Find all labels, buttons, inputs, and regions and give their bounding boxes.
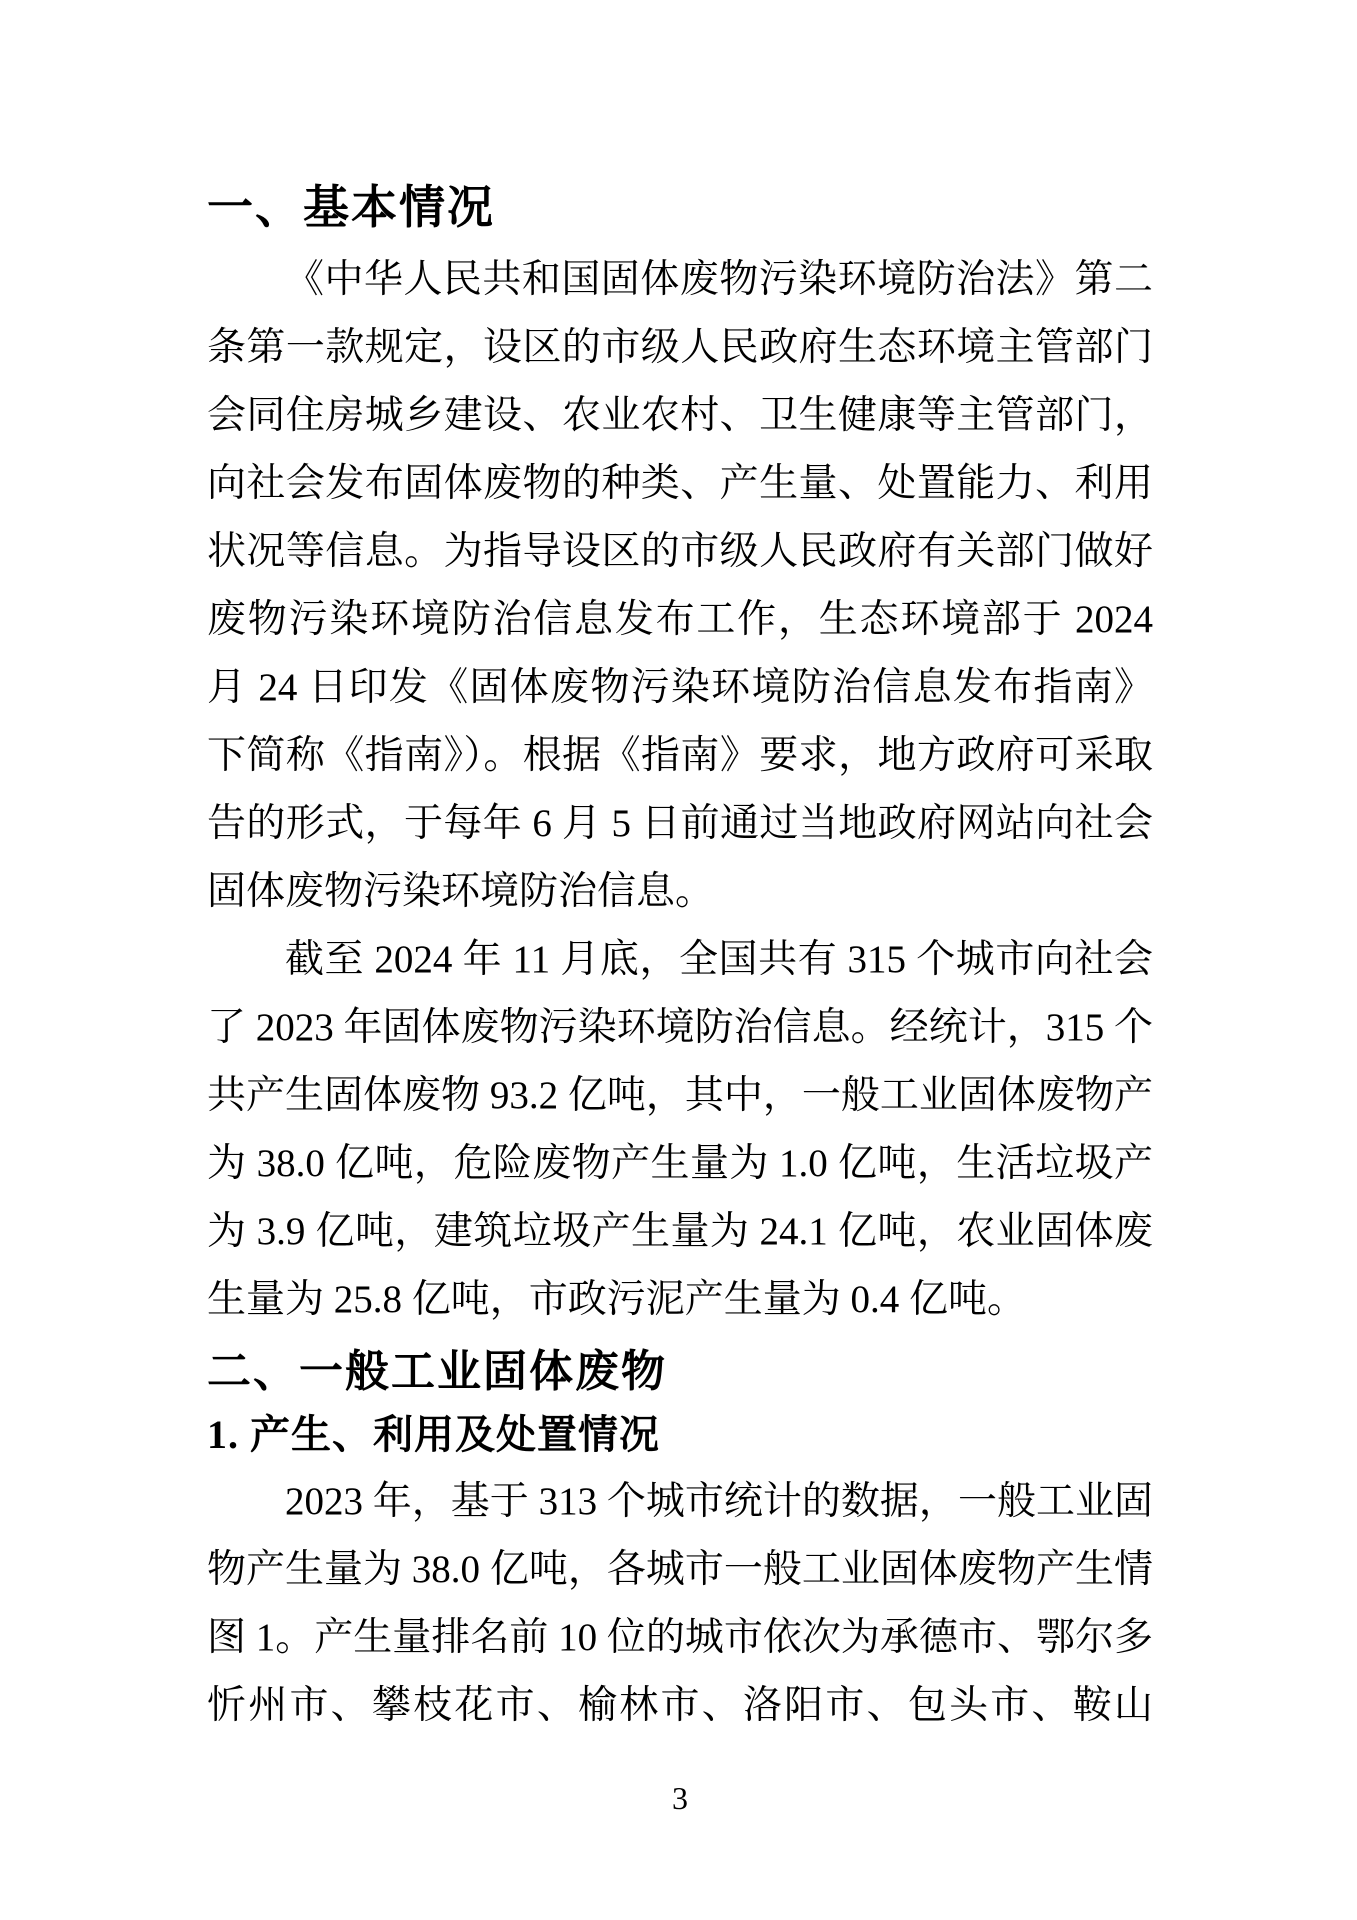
text-line: 物产生量为 38.0 亿吨，各城市一般工业固体废物产生情况见 (207, 1536, 1153, 1604)
paragraph-1: 《中华人民共和国固体废物污染环境防治法》第二十九 条第一款规定，设区的市级人民政… (207, 246, 1153, 926)
paragraph-3: 2023 年，基于 313 个城市统计的数据，一般工业固体废 物产生量为 38.… (207, 1468, 1153, 1740)
text-line: 告的形式，于每年 6 月 5 日前通过当地政府网站向社会发布 (207, 790, 1153, 858)
text-line: 条第一款规定，设区的市级人民政府生态环境主管部门应当 (207, 314, 1153, 382)
text-line: 图 1。产生量排名前 10 位的城市依次为承德市、鄂尔多斯市、 (207, 1604, 1153, 1672)
text-line: 下简称《指南》）。根据《指南》要求，地方政府可采取公 (207, 722, 1153, 790)
text-line: 共产生固体废物 93.2 亿吨，其中，一般工业固体废物产生量 (207, 1062, 1153, 1130)
section-1-heading: 一、基本情况 (207, 183, 1153, 231)
section-2-heading: 二、一般工业固体废物 (207, 1348, 1153, 1396)
text-line: 生量为 25.8 亿吨，市政污泥产生量为 0.4 亿吨。 (207, 1266, 1153, 1334)
text-line: 向社会发布固体废物的种类、产生量、处置能力、利用处置 (207, 450, 1153, 518)
text-line: 会同住房城乡建设、农业农村、卫生健康等主管部门，定期 (207, 382, 1153, 450)
page-number: 3 (207, 1780, 1153, 1816)
subsection-1-heading: 1. 产生、利用及处置情况 (207, 1412, 1153, 1458)
document-page: 一、基本情况 《中华人民共和国固体废物污染环境防治法》第二十九 条第一款规定，设… (0, 0, 1357, 1920)
text-line: 《中华人民共和国固体废物污染环境防治法》第二十九 (207, 246, 1153, 314)
text-line: 月 24 日印发《固体废物污染环境防治信息发布指南》（以 (207, 654, 1153, 722)
text-line: 为 38.0 亿吨，危险废物产生量为 1.0 亿吨，生活垃圾产生量 (207, 1130, 1153, 1198)
text-line: 废物污染环境防治信息发布工作，生态环境部于 2024 年 1 (207, 586, 1153, 654)
text-line: 为 3.9 亿吨，建筑垃圾产生量为 24.1 亿吨，农业固体废物产 (207, 1198, 1153, 1266)
page-content: 一、基本情况 《中华人民共和国固体废物污染环境防治法》第二十九 条第一款规定，设… (207, 0, 1153, 1816)
text-line: 固体废物污染环境防治信息。 (207, 858, 1153, 926)
text-line: 忻州市、攀枝花市、榆林市、洛阳市、包头市、鞍山市、上 (207, 1672, 1153, 1740)
text-line: 2023 年，基于 313 个城市统计的数据，一般工业固体废 (207, 1468, 1153, 1536)
text-line: 状况等信息。为指导设区的市级人民政府有关部门做好固体 (207, 518, 1153, 586)
text-line: 截至 2024 年 11 月底，全国共有 315 个城市向社会发布 (207, 926, 1153, 994)
paragraph-2: 截至 2024 年 11 月底，全国共有 315 个城市向社会发布 了 2023… (207, 926, 1153, 1334)
text-line: 了 2023 年固体废物污染环境防治信息。经统计，315 个城市 (207, 994, 1153, 1062)
